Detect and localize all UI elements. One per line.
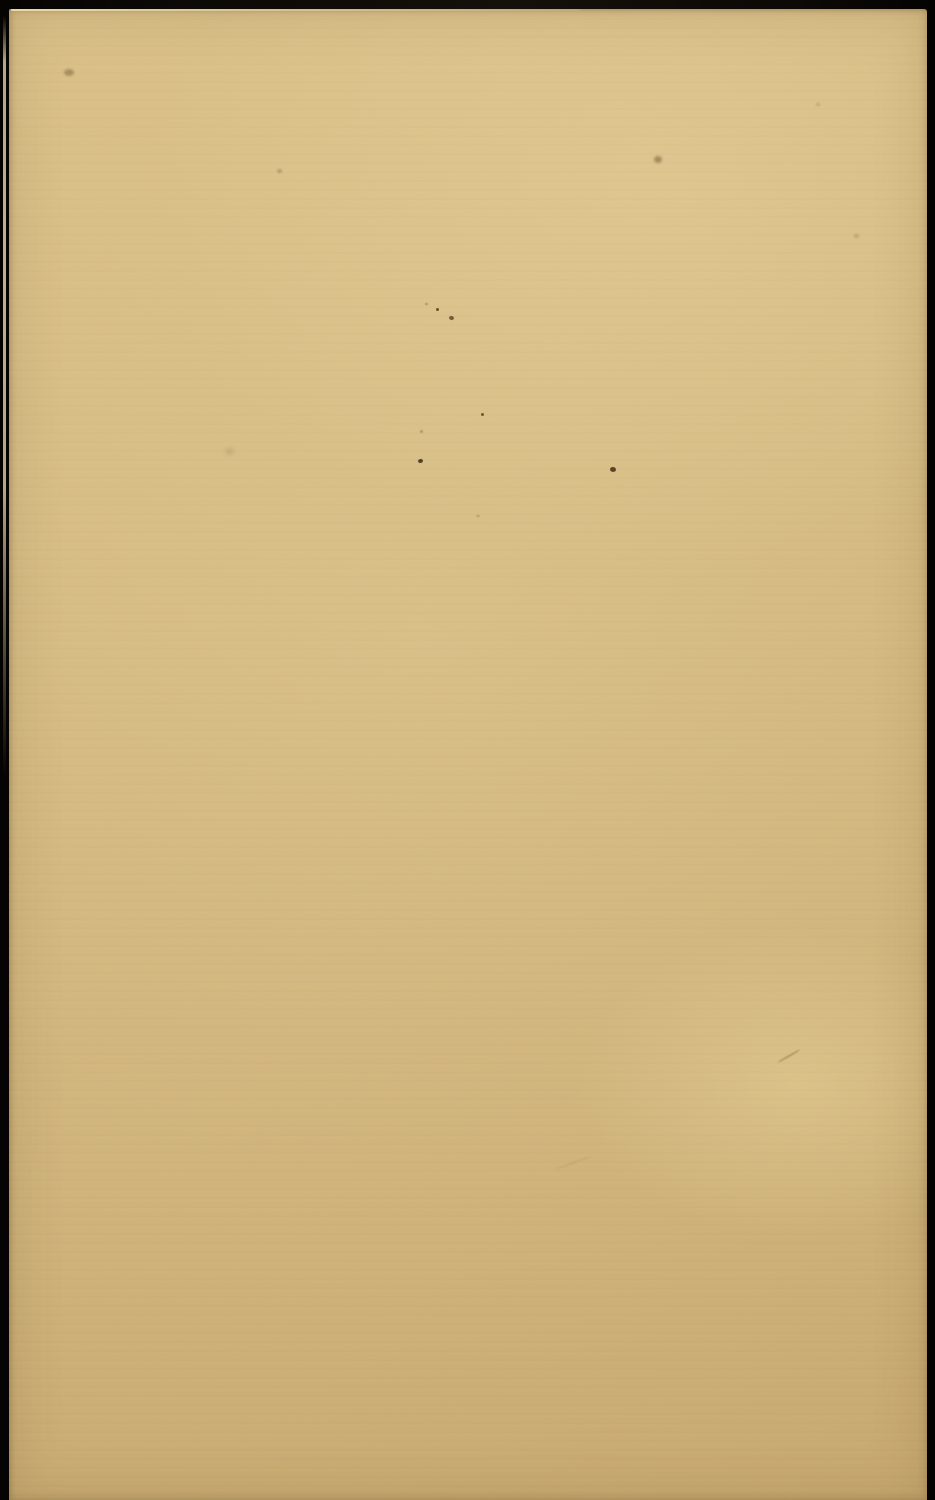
paper-grain-texture: [9, 9, 927, 1500]
under-page-edge-line: [3, 16, 6, 776]
scan-background: [0, 0, 935, 1500]
page-top-edge-highlight: [11, 9, 580, 11]
scan-banding-overlay: [9, 9, 927, 1500]
scanned-blank-page: [9, 9, 927, 1500]
